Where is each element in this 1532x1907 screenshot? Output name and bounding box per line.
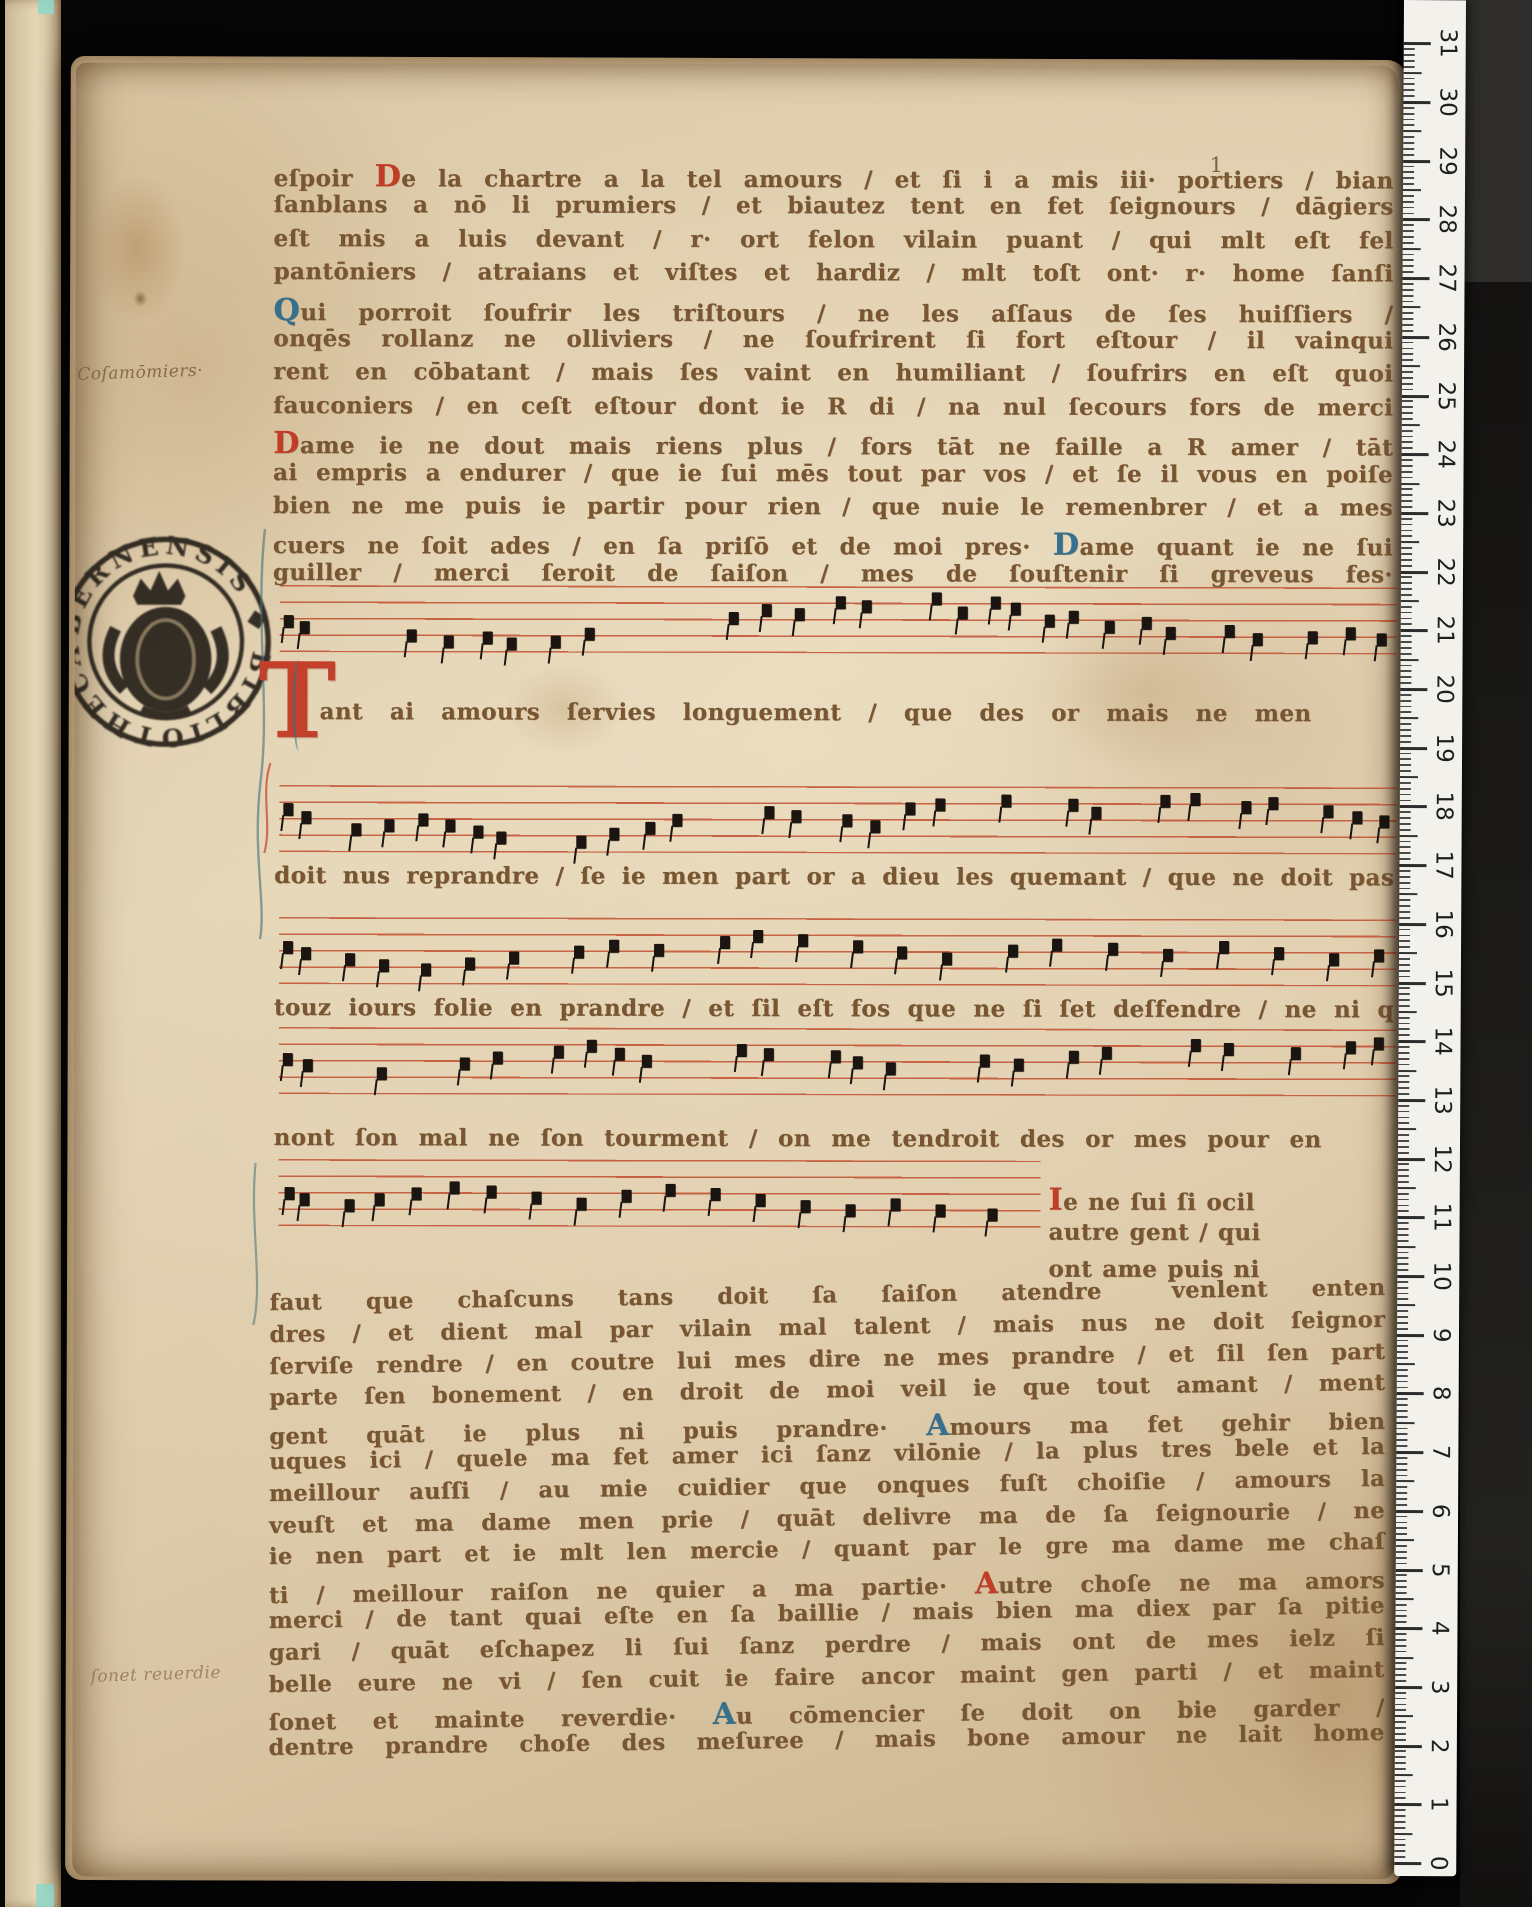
ruler-half-tick — [1397, 1304, 1415, 1306]
ruler-cm-tick — [1398, 1099, 1425, 1102]
ruler-cm-tick — [1401, 571, 1428, 574]
ruler-cm-tick — [1399, 981, 1426, 984]
manuscript-text-line: eſt mis a luis devant / r· ort felon vil… — [274, 226, 1394, 255]
margin-note-top: Coſamōmiers· — [77, 361, 203, 385]
ruler-mm-tick — [1402, 430, 1413, 432]
neume-note — [1346, 627, 1356, 640]
music-staff — [279, 917, 1398, 986]
neume-note — [576, 836, 586, 849]
ruler-mm-tick — [1395, 1780, 1406, 1782]
ruler-mm-tick — [1397, 1404, 1408, 1406]
ruler-cm-tick — [1397, 1334, 1424, 1337]
painted-initial: I — [1048, 1182, 1063, 1218]
ruler-half-tick — [1398, 1187, 1416, 1189]
ruler-mm-tick — [1402, 389, 1413, 391]
neume-note — [351, 823, 361, 836]
ruler-mm-tick — [1399, 1023, 1410, 1025]
ruler-mm-tick — [1401, 606, 1412, 608]
ruler-mm-tick — [1403, 171, 1414, 173]
neume-note — [531, 1192, 541, 1205]
ruler-mm-tick — [1402, 353, 1413, 355]
ruler-mm-tick — [1400, 823, 1411, 825]
ruler-cm-tick — [1396, 1451, 1423, 1454]
neume-note — [931, 592, 941, 605]
ruler-mm-tick — [1395, 1750, 1406, 1752]
ruler-mm-tick — [1399, 1017, 1410, 1019]
ruler-mm-tick — [1400, 753, 1411, 755]
ruler-half-tick — [1398, 1128, 1416, 1130]
ruler-mm-tick — [1403, 183, 1414, 185]
neume-note — [711, 1188, 721, 1201]
manuscript-page: BERNENSIS ◆ BIBLIOTHECA ◆ 1 Coſamōmiers·… — [72, 63, 1398, 1880]
ruler-mm-tick — [1401, 553, 1412, 555]
ruler-cm-label: 11 — [1427, 1201, 1457, 1233]
neume-note — [831, 1050, 841, 1063]
ruler-mm-tick — [1398, 1105, 1409, 1107]
neume-note — [801, 1200, 811, 1213]
ruler-mm-tick — [1396, 1475, 1407, 1477]
neume-note — [853, 1056, 863, 1069]
svg-text:BERNENSIS ◆ BIBLIOTHECA ◆: BERNENSIS ◆ BIBLIOTHECA ◆ — [72, 533, 275, 751]
ruler-cm-label: 7 — [1425, 1436, 1455, 1468]
ruler-mm-tick — [1403, 271, 1414, 273]
manuscript-text-line: cuers ne ſoit ades / en ſa priſō et de m… — [273, 526, 1393, 563]
ruler-mm-tick — [1403, 107, 1414, 109]
ruler-cm-tick — [1399, 1040, 1426, 1043]
ruler-half-tick — [1400, 717, 1418, 719]
text-segment: e ne ſui ſi ocil — [1063, 1189, 1255, 1216]
ruler-half-tick — [1396, 1539, 1414, 1541]
neume-note — [1269, 797, 1279, 810]
ruler-mm-tick — [1401, 665, 1412, 667]
ruler-mm-tick — [1398, 1122, 1409, 1124]
ruler-cm-tick — [1400, 747, 1427, 750]
neume-note — [736, 1044, 746, 1057]
ruler-mm-tick — [1403, 195, 1414, 197]
ruler-mm-tick — [1399, 876, 1410, 878]
ruler-mm-tick — [1399, 958, 1410, 960]
ruler-cm-label: 8 — [1426, 1378, 1456, 1410]
neume-note — [980, 1055, 990, 1068]
neume-note — [345, 953, 355, 966]
ruler-cm-tick — [1397, 1275, 1424, 1278]
ruler-cm-tick — [1398, 1216, 1425, 1219]
neume-note — [376, 1067, 386, 1080]
ruler-mm-tick — [1398, 1210, 1409, 1212]
neume-note — [609, 940, 619, 953]
ruler-mm-tick — [1397, 1386, 1408, 1388]
ruler-mm-tick — [1401, 576, 1412, 578]
ruler-mm-tick — [1402, 459, 1413, 461]
ruler-mm-tick — [1398, 1193, 1409, 1195]
neume-note — [654, 944, 664, 957]
ruler-mm-tick — [1395, 1809, 1406, 1811]
manuscript-text-line: ai empris a endurer / que ie ſui mēs tou… — [273, 460, 1393, 489]
neume-note — [283, 941, 293, 954]
ruler-mm-tick — [1400, 817, 1411, 819]
ruler-mm-tick — [1395, 1721, 1406, 1723]
ruler-mm-tick — [1401, 500, 1412, 502]
stamp-legend: BERNENSIS ◆ BIBLIOTHECA ◆ — [72, 533, 275, 751]
ruler-mm-tick — [1401, 647, 1412, 649]
ruler-half-tick — [1404, 72, 1422, 74]
ruler-mm-tick — [1400, 706, 1411, 708]
neume-note — [576, 1198, 586, 1211]
manuscript-text-line: bien ne me puis ie partir pour rien / qu… — [273, 493, 1393, 522]
ruler-cm-label: 21 — [1430, 614, 1460, 646]
ruler-mm-tick — [1403, 136, 1414, 138]
ruler-mm-tick — [1397, 1328, 1408, 1330]
ruler-mm-tick — [1397, 1269, 1408, 1271]
ruler-half-tick — [1394, 1833, 1412, 1835]
ruler-mm-tick — [1402, 324, 1413, 326]
ruler-mm-tick — [1401, 524, 1412, 526]
neume-note — [301, 811, 311, 824]
ruler-mm-tick — [1395, 1633, 1406, 1635]
ruler-mm-tick — [1403, 148, 1414, 150]
stamp-bear-shield — [120, 607, 212, 712]
ruler-mm-tick — [1398, 1181, 1409, 1183]
manuscript-text-line: doit nus reprandre / ſe ie men part or a… — [274, 863, 1394, 892]
ruler-mm-tick — [1396, 1551, 1407, 1553]
neume-note — [1380, 815, 1390, 828]
ruler-mm-tick — [1397, 1381, 1408, 1383]
neume-note — [798, 934, 808, 947]
neume-note — [845, 1204, 855, 1217]
ruler-mm-tick — [1395, 1797, 1406, 1799]
neume-note — [1346, 1041, 1356, 1054]
neume-note — [853, 940, 863, 953]
ruler-cm-tick — [1400, 688, 1427, 691]
neume-note — [642, 1055, 652, 1068]
ruler-mm-tick — [1395, 1756, 1406, 1758]
neume-note — [284, 1187, 294, 1200]
ruler-mm-tick — [1395, 1786, 1406, 1788]
neume-note — [574, 946, 584, 959]
painted-initial: A — [712, 1697, 736, 1732]
manuscript-text-line: autre gent / qui — [1048, 1220, 1298, 1247]
ruler-mm-tick — [1400, 782, 1411, 784]
painted-initial: A — [975, 1566, 999, 1601]
ruler-mm-tick — [1397, 1340, 1408, 1342]
ruler-cm-label: 13 — [1427, 1084, 1457, 1116]
ruler-mm-tick — [1397, 1310, 1408, 1312]
ruler-half-tick — [1399, 1011, 1417, 1013]
neume-note — [1163, 949, 1173, 962]
ruler-mm-tick — [1394, 1844, 1405, 1846]
ruler-mm-tick — [1398, 1064, 1409, 1066]
neume-note — [301, 947, 311, 960]
ruler-mm-tick — [1400, 694, 1411, 696]
neume-note — [1219, 941, 1229, 954]
ruler-mm-tick — [1404, 89, 1415, 91]
ruler-mm-tick — [1397, 1410, 1408, 1412]
ruler-mm-tick — [1397, 1369, 1408, 1371]
ruler-cm-tick — [1403, 218, 1430, 221]
ruler-mm-tick — [1401, 612, 1412, 614]
neume-note — [486, 1185, 496, 1198]
ruler-mm-tick — [1401, 653, 1412, 655]
photo-backdrop: BERNENSIS ◆ BIBLIOTHECA ◆ 1 Coſamōmiers·… — [0, 0, 1532, 1907]
ruler-mm-tick — [1399, 935, 1410, 937]
ruler-mm-tick — [1401, 641, 1412, 643]
ruler-mm-tick — [1399, 987, 1410, 989]
neume-note — [935, 798, 945, 811]
ruler-cm-tick — [1404, 42, 1431, 45]
ruler-half-tick — [1396, 1598, 1414, 1600]
ruler-mm-tick — [1395, 1651, 1406, 1653]
ruler-mm-tick — [1402, 406, 1413, 408]
ruler-half-tick — [1396, 1480, 1414, 1482]
column-gap — [1102, 1298, 1172, 1299]
manuscript-text-line: fauconiers / en ceſt eſtour dont ie R di… — [273, 393, 1393, 422]
ruler-mm-tick — [1395, 1727, 1406, 1729]
ruler-half-tick — [1402, 365, 1420, 367]
ruler-mm-tick — [1396, 1592, 1407, 1594]
neume-note — [1190, 793, 1200, 806]
neume-note — [284, 803, 294, 816]
manuscript-text-line: rent en cōbatant / mais ſes vaint en hum… — [273, 359, 1393, 388]
ruler-mm-tick — [1399, 1028, 1410, 1030]
neume-note — [886, 1062, 896, 1075]
neume-note — [1374, 949, 1384, 962]
ruler-mm-tick — [1398, 1058, 1409, 1060]
ruler-mm-tick — [1401, 529, 1412, 531]
neume-note — [720, 936, 730, 949]
backdrop-column — [1460, 282, 1532, 1907]
library-stamp: BERNENSIS ◆ BIBLIOTHECA ◆ — [72, 533, 275, 751]
ruler-mm-tick — [1397, 1240, 1408, 1242]
ruler-mm-tick — [1398, 1163, 1409, 1165]
ruler-cm-label: 4 — [1424, 1612, 1454, 1644]
neume-note — [459, 1057, 469, 1070]
ruler-mm-tick — [1399, 993, 1410, 995]
text-segment: ſanblans a nō li prumiers / et biautez t… — [274, 191, 1394, 220]
text-segment: nont ſon mal ne ſon tourment / on me ten… — [274, 1124, 1322, 1153]
ruler-cm-tick — [1403, 277, 1430, 280]
ruler-mm-tick — [1400, 829, 1411, 831]
ruler-cm-tick — [1399, 923, 1426, 926]
neume-note — [988, 1209, 998, 1222]
text-segment: guiller / merci ſeroit de ſaiſon / mes d… — [273, 559, 1393, 588]
ruler-mm-tick — [1395, 1698, 1406, 1700]
ruler-mm-tick — [1396, 1527, 1407, 1529]
ruler-mm-tick — [1400, 852, 1411, 854]
neume-note — [551, 636, 561, 649]
ruler-mm-tick — [1397, 1281, 1408, 1283]
ruler-mm-tick — [1395, 1662, 1406, 1664]
ruler-mm-tick — [1404, 78, 1415, 80]
ruler-mm-tick — [1396, 1433, 1407, 1435]
ruler-mm-tick — [1398, 1146, 1409, 1148]
ruler-cm-label: 24 — [1431, 438, 1461, 470]
ruler-mm-tick — [1397, 1375, 1408, 1377]
ruler-half-tick — [1395, 1657, 1413, 1659]
ruler-mm-tick — [1399, 946, 1410, 948]
ruler-mm-tick — [1394, 1856, 1405, 1858]
neume-note — [284, 615, 294, 628]
ruler-mm-tick — [1402, 312, 1413, 314]
neume-note — [1091, 807, 1101, 820]
ruler-cm-label: 20 — [1429, 673, 1459, 705]
ruler-mm-tick — [1398, 1152, 1409, 1154]
text-segment: ai empris a endurer / que ie ſui mēs tou… — [273, 459, 1393, 488]
ruler-cm-tick — [1395, 1745, 1422, 1748]
ruler-half-tick — [1403, 248, 1421, 250]
neume-note — [344, 1199, 354, 1212]
neume-note — [897, 946, 907, 959]
ruler-mm-tick — [1404, 60, 1415, 62]
ruler-half-tick — [1398, 1070, 1416, 1072]
ruler-mm-tick — [1401, 477, 1412, 479]
ruler-mm-tick — [1395, 1692, 1406, 1694]
neume-note — [444, 635, 454, 648]
neume-note — [791, 810, 801, 823]
text-segment: eſt mis a luis devant / r· ort felon vil… — [274, 225, 1394, 254]
ruler-mm-tick — [1398, 1175, 1409, 1177]
ruler-cm-tick — [1400, 805, 1427, 808]
ruler-mm-tick — [1394, 1850, 1405, 1852]
neume-note — [1241, 801, 1251, 814]
neume-note — [842, 814, 852, 827]
ruler-mm-tick — [1399, 888, 1410, 890]
ruler-mm-tick — [1394, 1821, 1405, 1823]
ruler-mm-tick — [1402, 348, 1413, 350]
text-segment: rent en cōbatant / mais ſes vaint en hum… — [273, 358, 1393, 387]
ruler-mm-tick — [1400, 741, 1411, 743]
neume-note — [587, 1040, 597, 1053]
manuscript-text-line: ſanblans a nō li prumiers / et biautez t… — [274, 192, 1394, 221]
ruler-cm-label: 19 — [1429, 732, 1459, 764]
ruler-mm-tick — [1401, 559, 1412, 561]
painted-initial: D — [1053, 527, 1080, 563]
ruler-mm-tick — [1403, 224, 1414, 226]
ruler-mm-tick — [1397, 1263, 1408, 1265]
text-segment: ant ai amours ſervies longuement / que d… — [320, 698, 1312, 727]
ruler-mm-tick — [1403, 154, 1414, 156]
ruler-half-tick — [1399, 893, 1417, 895]
ruler-mm-tick — [1402, 465, 1413, 467]
ruler-mm-tick — [1398, 1140, 1409, 1142]
ruler-mm-tick — [1401, 565, 1412, 567]
neume-note — [935, 1204, 945, 1217]
ruler-mm-tick — [1396, 1580, 1407, 1582]
ruler-half-tick — [1400, 776, 1418, 778]
ruler-mm-tick — [1403, 113, 1414, 115]
ruler-half-tick — [1401, 600, 1419, 602]
neume-note — [795, 608, 805, 621]
ruler-mm-tick — [1403, 119, 1414, 121]
ruler-mm-tick — [1403, 95, 1414, 97]
ruler-mm-tick — [1395, 1703, 1406, 1705]
ruler-mm-tick — [1397, 1257, 1408, 1259]
ruler-mm-tick — [1396, 1498, 1407, 1500]
ruler-mm-tick — [1396, 1522, 1407, 1524]
ruler-mm-tick — [1395, 1768, 1406, 1770]
flyleaf-edge — [5, 0, 61, 1907]
ruler-mm-tick — [1397, 1287, 1408, 1289]
neume-note — [1013, 1059, 1023, 1072]
manuscript-text-line: ant ai amours ſervies longuement / que d… — [320, 699, 1312, 728]
ruler-half-tick — [1402, 306, 1420, 308]
manuscript-text-line: Dame ie ne dout mais riens plus / fors t… — [273, 426, 1393, 463]
neume-note — [1224, 1043, 1234, 1056]
neume-note — [493, 1051, 503, 1064]
ruler-mm-tick — [1398, 1093, 1409, 1095]
stain — [133, 291, 147, 307]
neume-note — [645, 822, 655, 835]
ruler-mm-tick — [1402, 342, 1413, 344]
manuscript-text-line: guiller / merci ſeroit de ſaiſon / mes d… — [273, 560, 1393, 589]
ruler-mm-tick — [1402, 301, 1413, 303]
text-segment: onqēs rollanz ne olliviers / ne ſoufrire… — [273, 325, 1393, 354]
ruler-mm-tick — [1396, 1557, 1407, 1559]
ruler-mm-tick — [1401, 582, 1412, 584]
ruler-mm-tick — [1398, 1222, 1409, 1224]
ruler-half-tick — [1397, 1422, 1415, 1424]
ruler-cm-tick — [1402, 394, 1429, 397]
ruler-mm-tick — [1398, 1228, 1409, 1230]
ruler-mm-tick — [1399, 970, 1410, 972]
ruler-mm-tick — [1397, 1251, 1408, 1253]
neume-note — [482, 631, 492, 644]
ruler-cm-tick — [1395, 1686, 1422, 1689]
ruler-mm-tick — [1394, 1827, 1405, 1829]
manuscript-text-line: onqēs rollanz ne olliviers / ne ſoufrire… — [273, 326, 1393, 355]
neume-note — [473, 825, 483, 838]
ruler-mm-tick — [1397, 1428, 1408, 1430]
neume-note — [621, 1190, 631, 1203]
ruler-mm-tick — [1403, 283, 1414, 285]
ruler-cm-tick — [1394, 1862, 1421, 1865]
neume-note — [379, 959, 389, 972]
neume-note — [609, 828, 619, 841]
neume-note — [1102, 1047, 1112, 1060]
text-segment: fauconiers / en ceſt eſtour dont ie R di… — [273, 392, 1393, 421]
neume-note — [509, 952, 519, 965]
ruler-mm-tick — [1398, 1134, 1409, 1136]
ruler-half-tick — [1399, 952, 1417, 954]
neume-note — [1105, 621, 1115, 634]
text-segment: eſpoir — [274, 165, 375, 192]
ruler-mm-tick — [1398, 1052, 1409, 1054]
margin-note-bottom: ſonet reuerdie — [90, 1663, 221, 1687]
ruler-mm-tick — [1403, 201, 1414, 203]
neume-note — [1308, 631, 1318, 644]
ruler-mm-tick — [1398, 1234, 1409, 1236]
neume-note — [905, 802, 915, 815]
ruler-mm-tick — [1396, 1469, 1407, 1471]
ruler-mm-tick — [1403, 242, 1414, 244]
ruler-cm-tick — [1401, 629, 1428, 632]
ruler-mm-tick — [1397, 1316, 1408, 1318]
ruler-mm-tick — [1401, 506, 1412, 508]
stain — [89, 173, 185, 323]
ruler-mm-tick — [1396, 1486, 1407, 1488]
ruler-mm-tick — [1403, 230, 1414, 232]
ruler-mm-tick — [1400, 794, 1411, 796]
neume-note — [1052, 939, 1062, 952]
neume-note — [1191, 1039, 1201, 1052]
ruler-mm-tick — [1401, 518, 1412, 520]
ruler-cm-tick — [1401, 512, 1428, 515]
ruler-mm-tick — [1404, 66, 1415, 68]
ruler-cm-label: 12 — [1427, 1143, 1457, 1175]
ruler-mm-tick — [1395, 1792, 1406, 1794]
stamp-crown — [133, 571, 185, 605]
ruler-mm-tick — [1403, 259, 1414, 261]
manuscript-text-line: Qui porroit ſoufrir les triſtours / ne l… — [273, 293, 1393, 330]
